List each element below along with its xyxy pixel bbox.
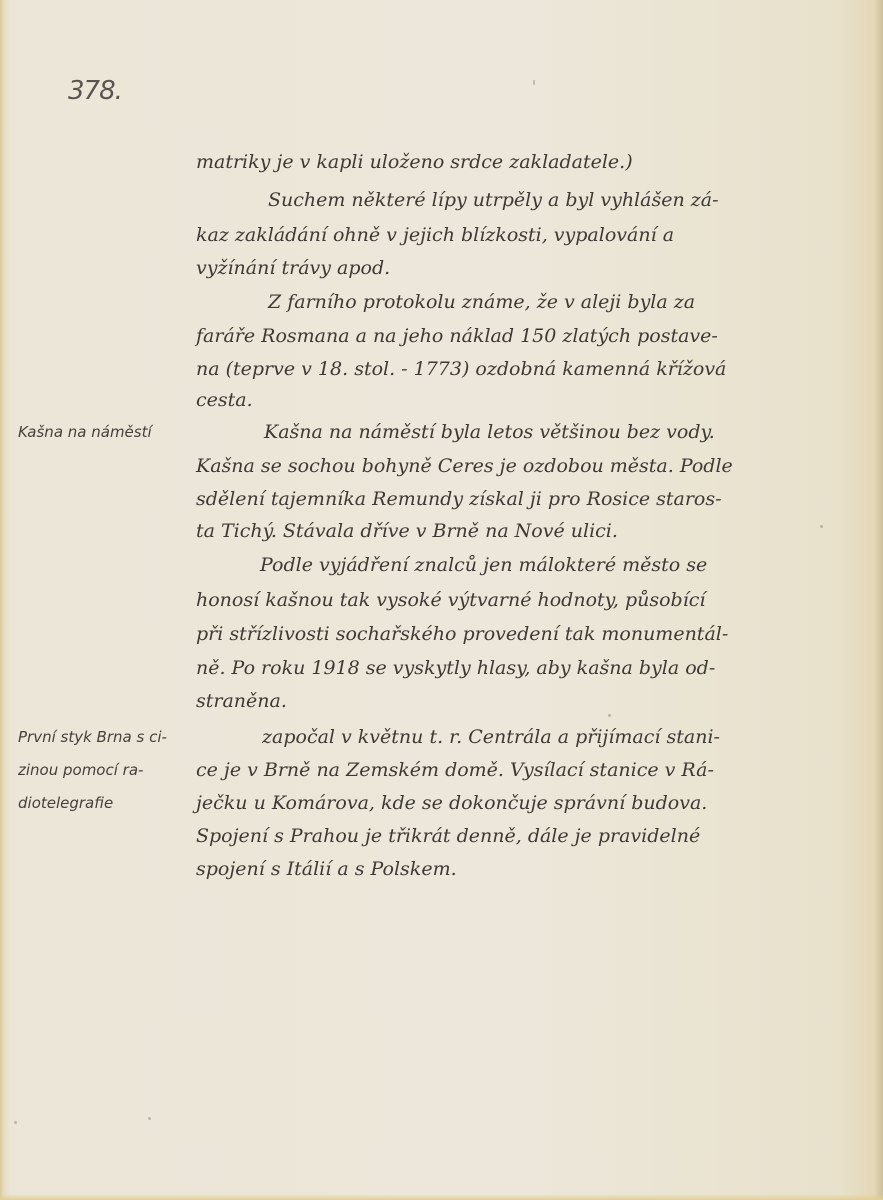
manuscript-page: 378. matriky je v kapli uloženo srdce za… <box>0 0 883 1200</box>
text-line: Kašna na náměstí byla letos většinou bez… <box>264 420 715 444</box>
text-line: ta Tichý. Stávala dříve v Brně na Nové u… <box>196 519 618 543</box>
text-line: kaz zakládání ohně v jejich blízkosti, v… <box>196 223 674 247</box>
text-line: ně. Po roku 1918 se vyskytly hlasy, aby … <box>196 656 715 680</box>
margin-note: diotelegrafie <box>18 793 113 813</box>
text-line: faráře Rosmana a na jeho náklad 150 zlat… <box>196 324 718 348</box>
text-line: započal v květnu t. r. Centrála a přijím… <box>262 725 720 749</box>
text-line: ječku u Komárova, kde se dokončuje správ… <box>196 791 707 815</box>
text-line: honosí kašnou tak vysoké výtvarné hodnot… <box>196 588 705 612</box>
text-line: Suchem některé lípy utrpěly a byl vyhláš… <box>268 188 719 212</box>
text-line: matriky je v kapli uloženo srdce zaklada… <box>196 150 633 174</box>
paper-speck <box>148 1117 151 1120</box>
text-line: ce je v Brně na Zemském domě. Vysílací s… <box>196 758 714 782</box>
text-line: sdělení tajemníka Remundy získal ji pro … <box>196 487 722 511</box>
margin-note: zinou pomocí ra- <box>18 760 143 780</box>
text-line: cesta. <box>196 388 253 412</box>
text-line: při střízlivosti sochařského provedení t… <box>196 622 728 646</box>
margin-note: Kašna na náměstí <box>18 422 152 442</box>
paper-speck <box>14 1121 17 1124</box>
text-line: vyžínání trávy apod. <box>196 256 390 280</box>
margin-note: První styk Brna s ci- <box>18 727 167 747</box>
text-line: Z farního protokolu známe, že v aleji by… <box>268 290 695 314</box>
page-number: 378. <box>68 76 122 106</box>
paper-speck <box>820 525 823 528</box>
text-line: Podle vyjádření znalců jen málokteré měs… <box>260 553 707 577</box>
text-line: Kašna se sochou bohyně Ceres je ozdobou … <box>196 454 733 478</box>
text-line: Spojení s Prahou je třikrát denně, dále … <box>196 824 700 848</box>
text-line: na (teprve v 18. stol. - 1773) ozdobná k… <box>196 357 726 381</box>
text-line: straněna. <box>196 689 287 713</box>
paper-speck <box>533 80 535 85</box>
paper-speck <box>608 714 611 717</box>
text-line: spojení s Itálií a s Polskem. <box>196 857 457 881</box>
